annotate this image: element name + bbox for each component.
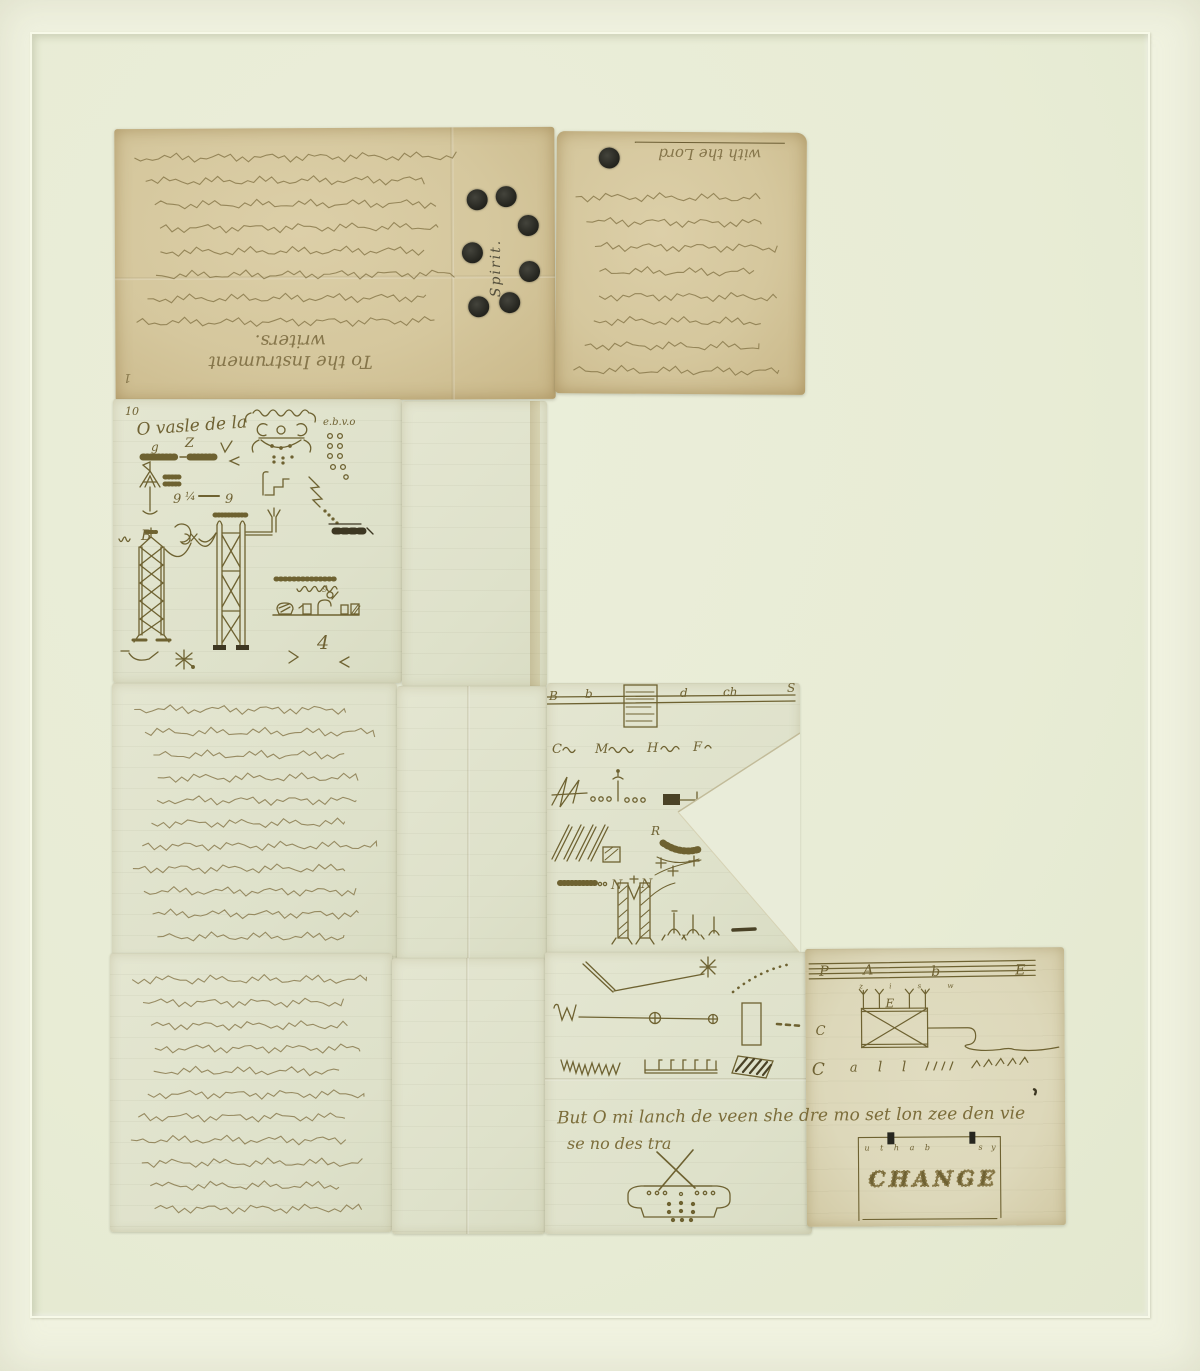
- paper-blank-upper: [402, 401, 547, 687]
- change-dotted-text: CHANGE: [869, 1166, 999, 1192]
- flag-letter-R: R: [650, 824, 660, 838]
- hatched-parallelogram: [732, 1056, 773, 1078]
- page-number: 10: [125, 405, 139, 418]
- browned-fold-edge: [530, 401, 540, 687]
- bent-rod-star: [583, 957, 716, 992]
- post-letters: z i s w: [858, 982, 965, 991]
- flag-letter-N2: N: [640, 877, 653, 892]
- handwriting-block: [569, 183, 792, 383]
- instrument-heading: To the Instrument writers.: [185, 330, 395, 373]
- change-box: u t h a b s y CHANGE: [858, 1132, 1001, 1221]
- glyph-nine2: 9: [225, 492, 233, 507]
- flag-letter-B: B: [548, 689, 558, 703]
- angle-glyph: [230, 457, 239, 465]
- tureen-with-cross: [628, 1150, 730, 1222]
- swallowtail-notch: [678, 733, 800, 953]
- spirit-dot: [519, 261, 540, 282]
- monogram-M: M: [594, 742, 609, 757]
- angle-left-glyph: [340, 657, 349, 667]
- flag-letter-ch: ch: [723, 685, 737, 699]
- fold-crease: [467, 686, 470, 962]
- spirit-dot: [468, 296, 489, 317]
- box-small-text-left: u t h a b: [864, 1143, 934, 1152]
- spiral-glyph: [175, 524, 216, 544]
- zigzag-row: [561, 1060, 620, 1075]
- page-number: 1: [124, 371, 132, 385]
- staff-letter-P: P: [818, 964, 829, 980]
- dash-marks: [777, 1024, 803, 1026]
- paper-letter-bottom: [110, 953, 392, 1232]
- check-glyph: [221, 441, 232, 452]
- glyph-four: 4: [316, 632, 329, 654]
- paper-flag-piece: B b d ch S C M H F: [547, 683, 800, 955]
- pictograph-drawing-upper: 10 O vasle de la g Z: [113, 399, 402, 683]
- line-with-nodes: [554, 1004, 718, 1023]
- music-staff: [809, 960, 1035, 979]
- framed-artwork-photo: Spirit. To the Instrument writers. 1 wit…: [0, 0, 1200, 1371]
- call-row: C a l l: [812, 1057, 1036, 1096]
- basket-figure: [246, 410, 316, 464]
- handwriting-block: [130, 143, 461, 333]
- paper-drawings-upper: 10 O vasle de la g Z: [113, 399, 402, 683]
- lord-heading: with the Lord: [635, 142, 785, 164]
- ebvo-label: e.b.v.o: [323, 417, 355, 428]
- glyph-nine: 9: [173, 492, 181, 507]
- tail-line: [928, 1027, 1059, 1051]
- flag-letter-S: S: [787, 683, 795, 695]
- spirit-dot: [467, 189, 488, 210]
- fold-crease: [545, 1078, 812, 1081]
- box-small-text-right: s y: [978, 1143, 998, 1152]
- circle-grid: [328, 434, 349, 480]
- flag-letter-b: b: [585, 687, 593, 701]
- staff-letter-A: A: [861, 962, 873, 978]
- lightning-glyph: [309, 477, 338, 524]
- staff-letter-E: E: [1014, 962, 1025, 978]
- monogram-row: C M H F: [552, 740, 711, 757]
- glyph-z: Z: [184, 436, 195, 451]
- angle-right-glyph: [289, 651, 298, 663]
- glyph-small-nine: 9: [322, 585, 328, 595]
- paper-call-change: P A b E z i s w E: [805, 947, 1066, 1227]
- flag-letter-d: d: [680, 686, 688, 700]
- letter-C: C: [816, 1024, 826, 1039]
- zigzag-A-symbol: [552, 770, 645, 807]
- handwriting-block: [125, 967, 377, 1219]
- caption-line-2: se no des tra: [567, 1134, 671, 1153]
- post-structure-right: [197, 508, 280, 650]
- monogram-C: C: [552, 742, 562, 757]
- hook-and-star: [121, 650, 194, 669]
- trident-symbols: [662, 911, 719, 940]
- call-C: C: [812, 1060, 825, 1080]
- handwriting-block: [128, 697, 381, 947]
- fold-crease: [466, 958, 469, 1234]
- crossed-box: z i s w E: [858, 982, 966, 1048]
- monogram-F: F: [692, 740, 703, 755]
- glyph-g: g: [151, 440, 159, 454]
- small-w-glyph: [119, 537, 130, 542]
- paper-top-left: Spirit. To the Instrument writers. 1: [114, 127, 555, 401]
- paper-blank-middle: [397, 686, 547, 962]
- staff-letter-b: b: [931, 964, 940, 980]
- black-tab: [969, 1132, 975, 1144]
- dark-comma: [1034, 1089, 1036, 1094]
- call-l2: l: [902, 1059, 907, 1075]
- curve-link: [165, 543, 191, 557]
- glyph-fraction: ¼: [185, 490, 196, 503]
- spirit-dot: [462, 242, 483, 263]
- rectangle-glyph: [742, 1003, 761, 1045]
- hatch-dots-row: [560, 882, 607, 885]
- paper-drawings-bottom: [545, 952, 812, 1234]
- pictograph-drawing-flag: B b d ch S C M H F: [547, 683, 800, 955]
- paper-letter-middle: [112, 683, 397, 960]
- dark-dash: [733, 929, 755, 930]
- dark-marks: [329, 524, 373, 534]
- ladder-bar: [645, 1060, 717, 1073]
- dotted-arc: [733, 964, 791, 992]
- fence-bars: [552, 825, 620, 862]
- pictograph-drawing-bottom: [545, 952, 812, 1234]
- pictograph-drawing-right: P A b E z i s w E: [805, 947, 1066, 1227]
- paper-blank-bottom: [392, 958, 545, 1234]
- monogram-H: H: [646, 741, 659, 756]
- call-a: a: [850, 1061, 858, 1076]
- spirit-dot: [599, 147, 620, 168]
- harvest-scene: 9: [273, 579, 360, 615]
- grid-box: [624, 685, 657, 727]
- call-l1: l: [878, 1059, 883, 1075]
- spirit-dot: [518, 215, 539, 236]
- paper-top-right: with the Lord: [555, 131, 807, 395]
- step-glyph: [263, 472, 289, 495]
- spirit-label: Spirit.: [488, 197, 505, 297]
- lattice-tower-left: [133, 528, 170, 642]
